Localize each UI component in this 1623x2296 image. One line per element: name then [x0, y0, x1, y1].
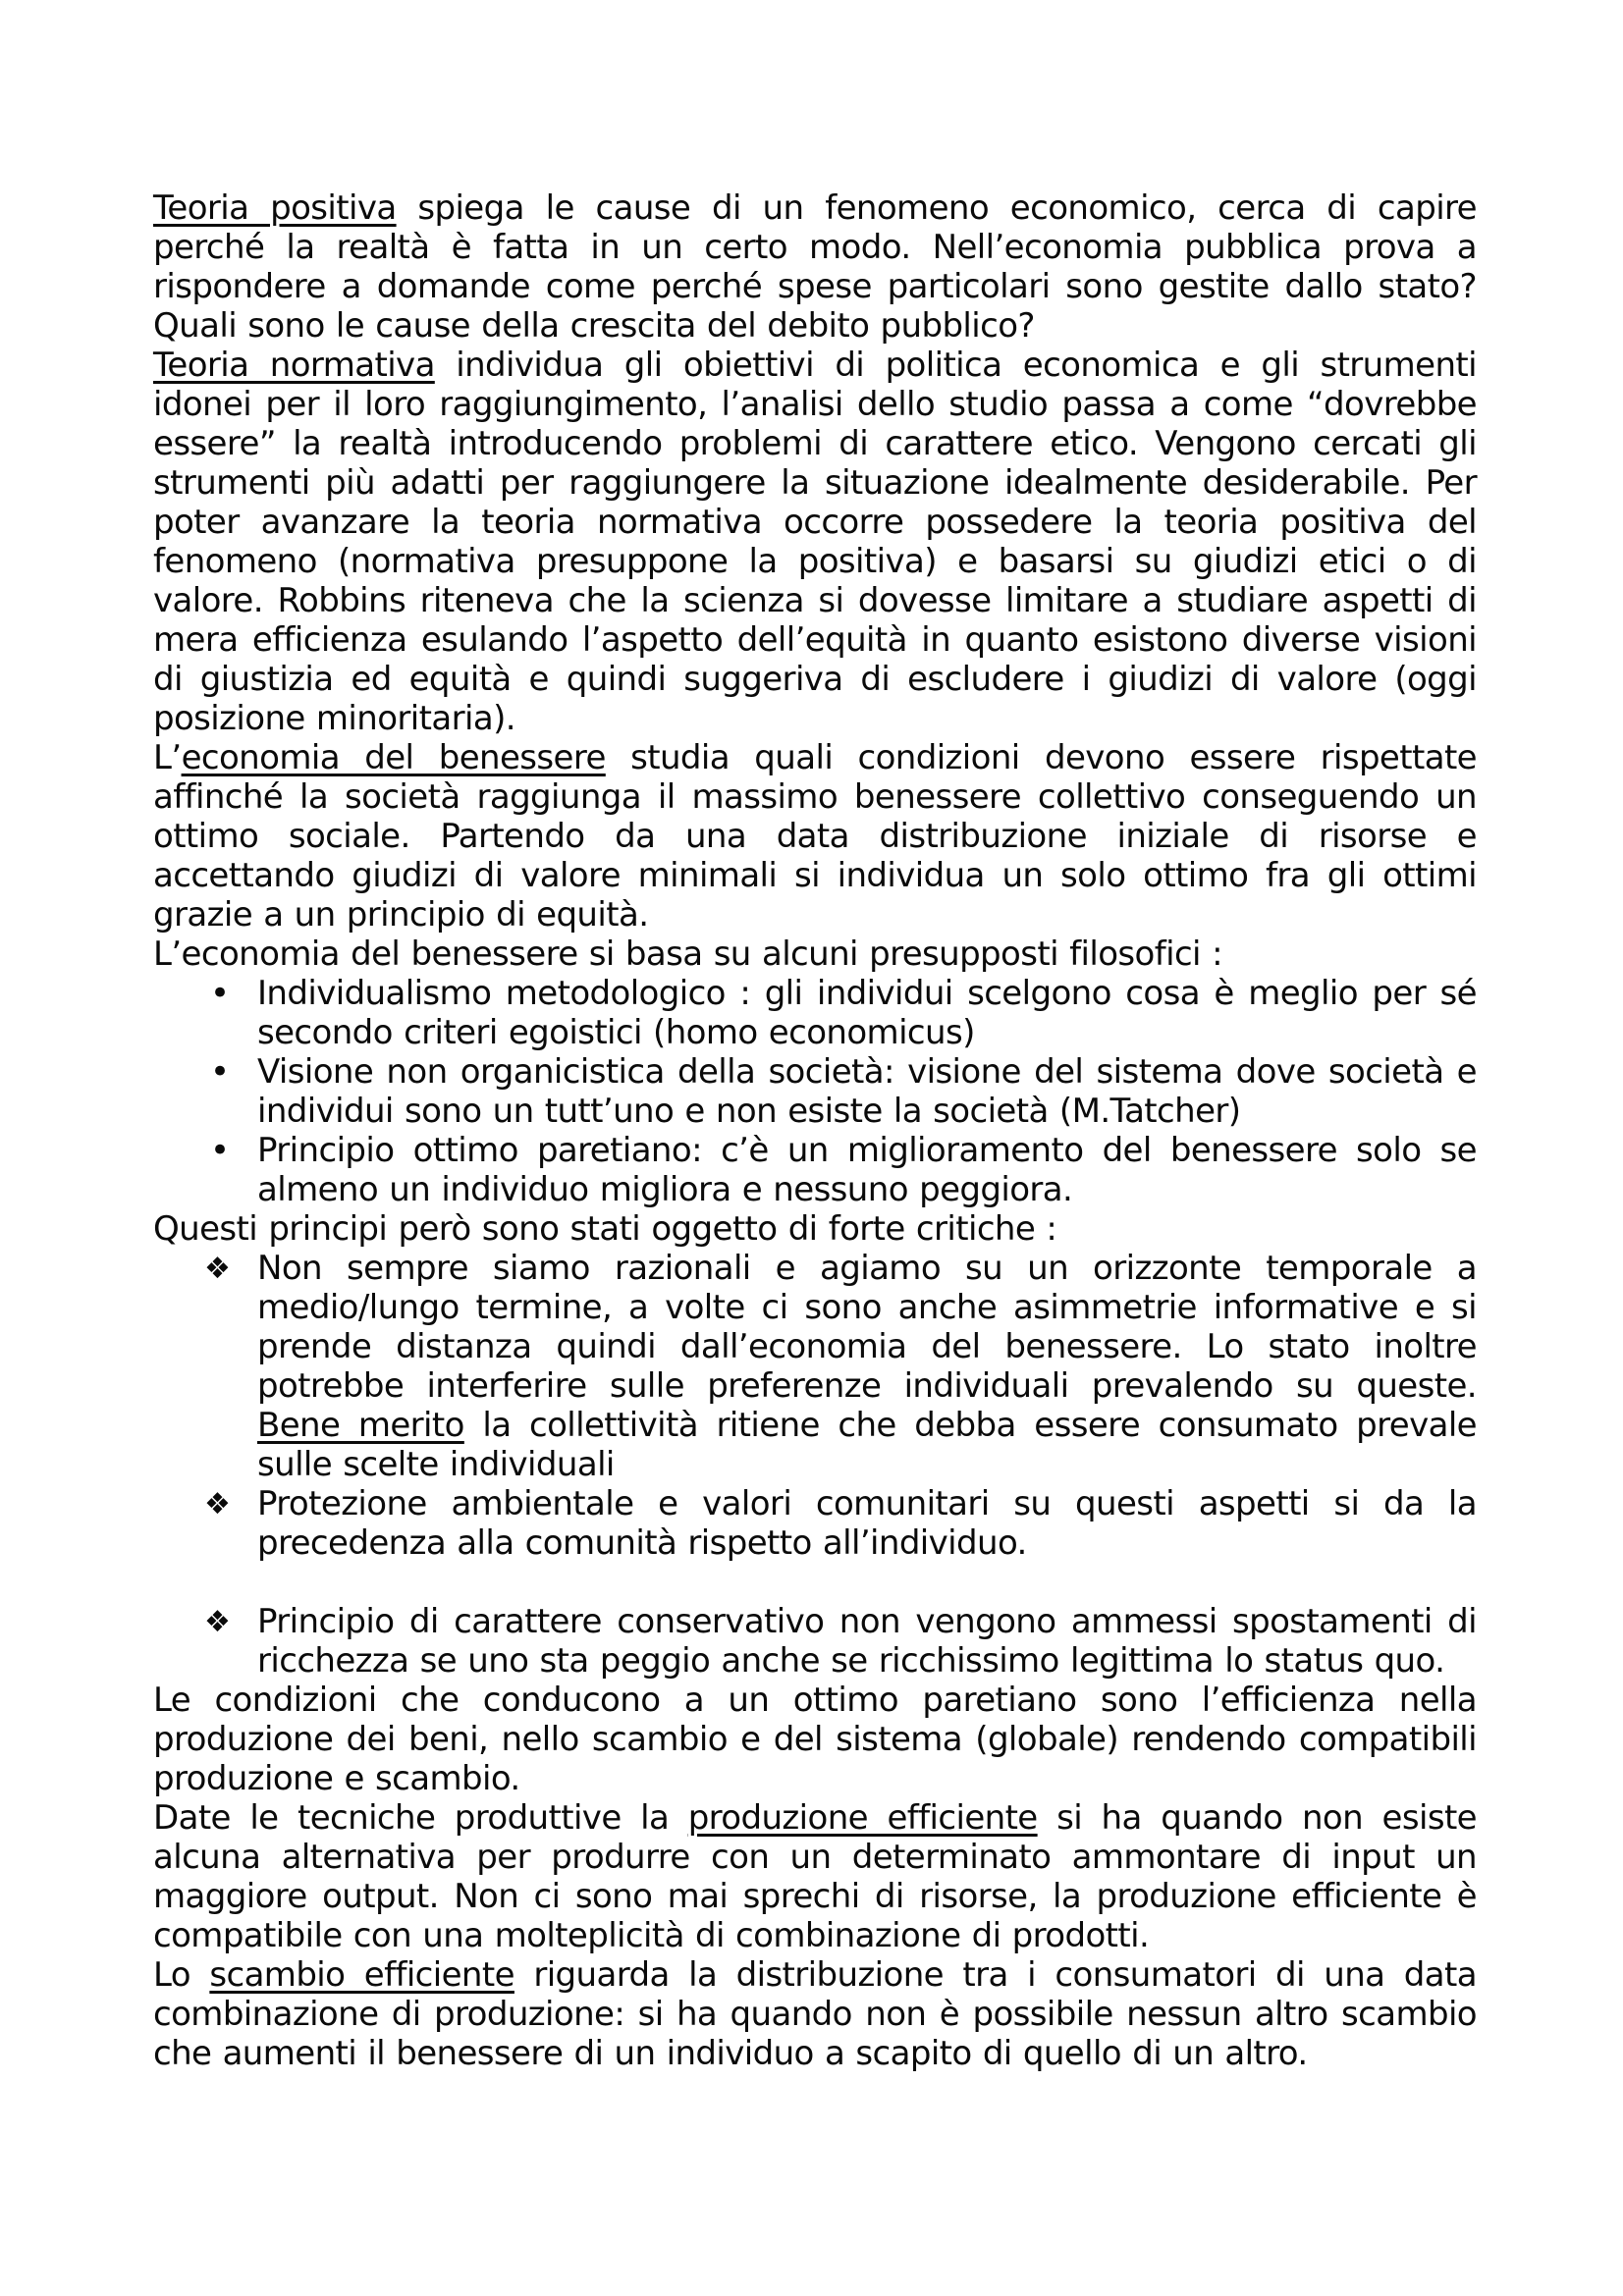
bullet-text: Visione non organicistica della società:…: [257, 1052, 1477, 1131]
text-segment: Visione non organicistica della società:…: [257, 1052, 1477, 1131]
bullet-disc-marker: •: [210, 1052, 229, 1092]
bullet-disc-marker: •: [210, 1131, 229, 1170]
document-page: Teoria positiva spiega le cause di un fe…: [0, 0, 1623, 2296]
text-segment: L’economia del benessere si basa su alcu…: [153, 934, 1222, 974]
bullet-item: •Visione non organicistica della società…: [153, 1052, 1477, 1131]
text-segment: Principio di carattere conservativo non …: [257, 1602, 1477, 1681]
bullet-text: Protezione ambientale e valori comunitar…: [257, 1484, 1477, 1563]
page-content: Teoria positiva spiega le cause di un fe…: [153, 188, 1477, 2073]
bullet-text: Individualismo metodologico : gli indivi…: [257, 974, 1477, 1052]
underlined-term: Teoria positiva: [153, 188, 397, 228]
text-segment: Date le tecniche produttive la: [153, 1798, 688, 1838]
underlined-term: Teoria normativa: [153, 346, 435, 385]
underlined-term: economia del benessere: [182, 738, 606, 777]
bullet-text: Principio di carattere conservativo non …: [257, 1602, 1477, 1681]
paragraph: Teoria positiva spiega le cause di un fe…: [153, 188, 1477, 346]
bullet-diamond-marker: ❖: [204, 1250, 230, 1289]
underlined-term: produzione efficiente: [688, 1798, 1038, 1838]
text-segment: Non sempre siamo razionali e agiamo su u…: [257, 1249, 1477, 1406]
paragraph: L’economia del benessere si basa su alcu…: [153, 934, 1477, 974]
paragraph: Teoria normativa individua gli obiettivi…: [153, 346, 1477, 738]
paragraph: Le condizioni che conducono a un ottimo …: [153, 1681, 1477, 1798]
text-segment: Protezione ambientale e valori comunitar…: [257, 1484, 1477, 1563]
bullet-item: ❖Protezione ambientale e valori comunita…: [153, 1484, 1477, 1563]
paragraph: L’economia del benessere studia quali co…: [153, 738, 1477, 934]
text-segment: Questi principi però sono stati oggetto …: [153, 1209, 1056, 1249]
paragraph: Lo scambio efficiente riguarda la distri…: [153, 1955, 1477, 2073]
bullet-item: •Principio ottimo paretiano: c’è un migl…: [153, 1131, 1477, 1209]
bullet-disc-marker: •: [210, 974, 229, 1013]
bullet-item: •Individualismo metodologico : gli indiv…: [153, 974, 1477, 1052]
paragraph: Questi principi però sono stati oggetto …: [153, 1209, 1477, 1249]
bullet-text: Non sempre siamo razionali e agiamo su u…: [257, 1249, 1477, 1484]
bullet-diamond-marker: ❖: [204, 1603, 230, 1642]
text-segment: Individualismo metodologico : gli indivi…: [257, 974, 1477, 1052]
bullet-diamond-marker: ❖: [204, 1485, 230, 1524]
paragraph: Date le tecniche produttive la produzion…: [153, 1798, 1477, 1955]
blank-line: [153, 1563, 1477, 1602]
bullet-item: ❖Principio di carattere conservativo non…: [153, 1602, 1477, 1681]
text-segment: Lo: [153, 1955, 209, 1995]
text-segment: individua gli obiettivi di politica econ…: [153, 346, 1477, 738]
text-segment: Principio ottimo paretiano: c’è un migli…: [257, 1131, 1477, 1209]
underlined-term: scambio efficiente: [209, 1955, 514, 1995]
bullet-item: ❖Non sempre siamo razionali e agiamo su …: [153, 1249, 1477, 1484]
underlined-term: Bene merito: [257, 1406, 464, 1445]
text-segment: L’: [153, 738, 182, 777]
text-segment: Le condizioni che conducono a un ottimo …: [153, 1681, 1477, 1798]
bullet-text: Principio ottimo paretiano: c’è un migli…: [257, 1131, 1477, 1209]
